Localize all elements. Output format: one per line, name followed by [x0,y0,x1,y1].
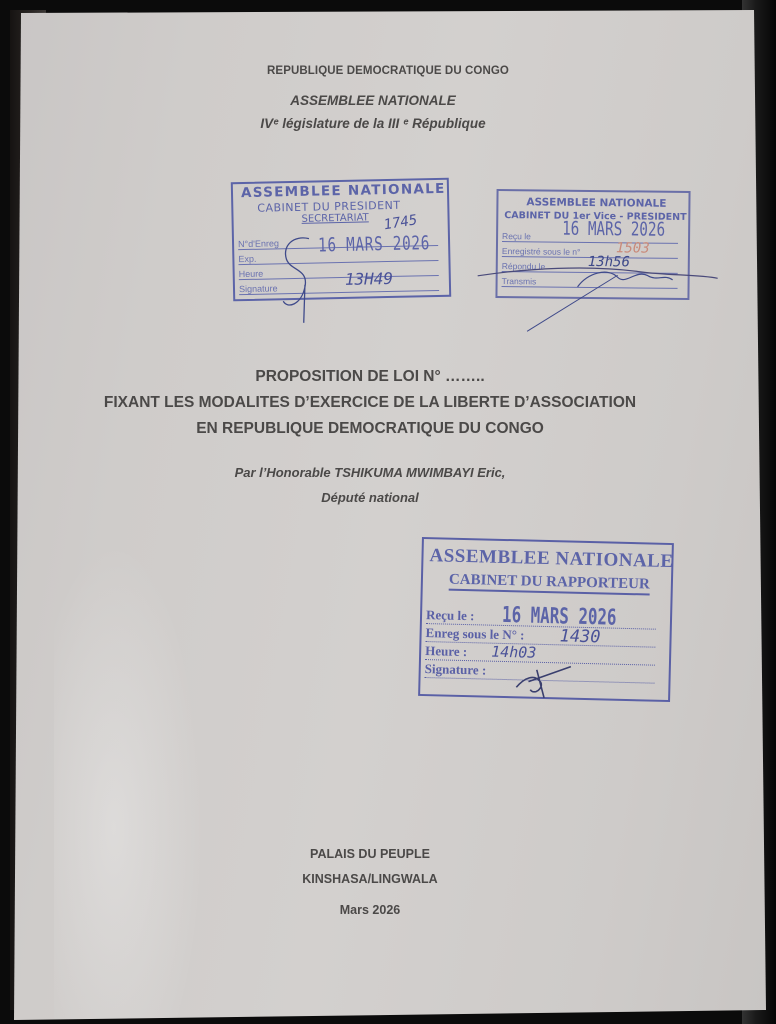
handwritten-number: 1745 [383,212,419,233]
stamp-section: SECRETARIAT [301,212,368,224]
stamp-cabinet-rapporteur: ASSEMBLEE NATIONALE CABINET DU RAPPORTEU… [418,537,674,702]
place-line: PALAIS DU PEUPLE [0,847,740,861]
stamp-title: ASSEMBLEE NATIONALE [526,196,666,209]
signature-icon [467,246,728,339]
stamp-date: 16 MARS 2026 [562,218,665,241]
legislature-header: IVᵉ législature de la III ᵉ République [0,116,746,131]
city-line: KINSHASA/LINGWALA [0,872,740,886]
author-role: Député national [0,490,740,505]
signature-icon [274,234,326,325]
stamp-subtitle: CABINET DU RAPPORTEUR [449,572,650,596]
stamp-cabinet-vice-president: ASSEMBLEE NATIONALE CABINET DU 1er Vice … [495,189,690,300]
light-glare [54,540,204,1020]
author-name: Par l’Honorable TSHIKUMA MWIMBAYI Eric, [0,465,740,480]
signature-icon [510,659,581,701]
bill-title-line: EN REPUBLIQUE DEMOCRATIQUE DU CONGO [0,420,740,438]
bill-number-title: PROPOSITION DE LOI N° …….. [0,368,740,386]
document-page [14,10,766,1020]
stamp-date: 16 MARS 2026 [318,232,430,256]
stamp-title: ASSEMBLEE NATIONALE [241,181,446,201]
stamp-title: ASSEMBLEE NATIONALE [429,545,674,573]
stamp-cabinet-president: ASSEMBLEE NATIONALE CABINET DU PRESIDENT… [231,178,451,302]
handwritten-time: 13H49 [345,269,394,289]
bill-title-line: FIXANT LES MODALITES D’EXERCICE DE LA LI… [0,394,740,412]
stamp-field-label: Signature [239,280,439,295]
document-date: Mars 2026 [0,903,740,917]
country-header: REPUBLIQUE DEMOCRATIQUE DU CONGO [0,65,776,77]
institution-header: ASSEMBLEE NATIONALE [0,93,746,108]
handwritten-number: 1430 [559,626,600,647]
stamp-field-label: Heure [239,265,439,280]
